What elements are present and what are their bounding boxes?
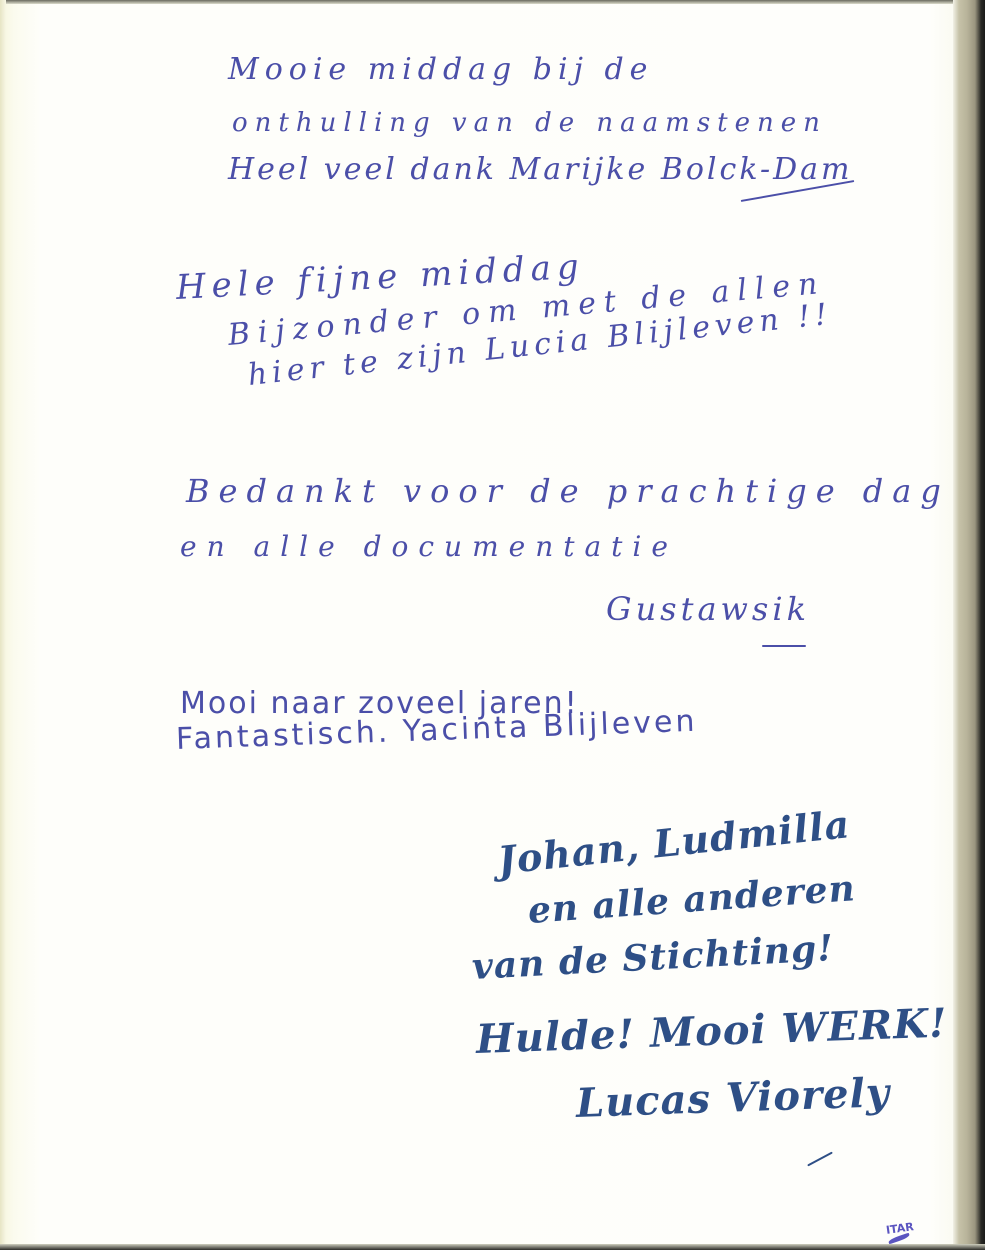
entry-3-line-1: Bedankt voor de prachtige dag (186, 472, 950, 510)
entry-1-line-2: onthulling van de naamstenen (232, 108, 827, 138)
signature-flourish (807, 1152, 833, 1167)
entry-1-line-3: Heel veel dank Marijke Bolck-Dam (228, 152, 853, 187)
page-top-edge (0, 0, 960, 4)
entry-5-line-3: van de Stichting! (471, 927, 835, 988)
entry-1-line-1: Mooie middag bij de (228, 52, 653, 87)
signature-underline (762, 645, 806, 647)
entry-3-signature: Gustawsik (606, 590, 810, 628)
entry-5-line-5: Lucas Viorely (575, 1069, 891, 1127)
entry-5-line-4: Hulde! Mooi WERK! (475, 1000, 948, 1063)
book-spine-edge (953, 0, 985, 1250)
page-bottom-edge (0, 1244, 985, 1250)
page-gutter (0, 0, 6, 1250)
guestbook-page: Mooie middag bij de onthulling van de na… (0, 0, 985, 1250)
entry-5-line-2: en alle anderen (527, 867, 857, 932)
entry-3-line-2: en alle documentatie (180, 530, 678, 563)
